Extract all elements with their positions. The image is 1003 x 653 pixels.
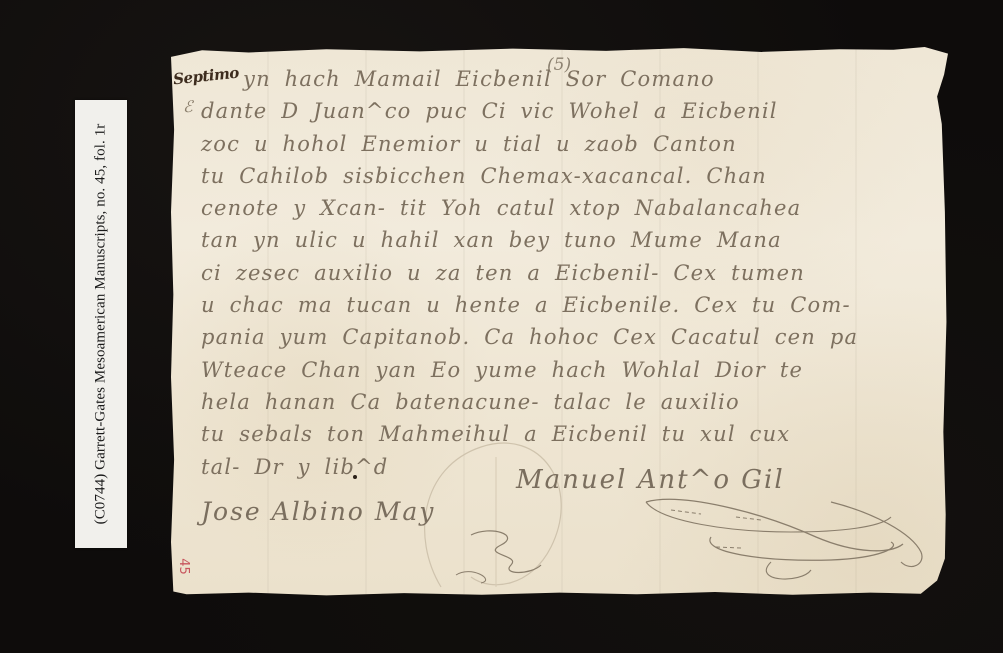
catalog-label-text: (C0744) Garrett-Gates Mesoamerican Manus…: [93, 124, 110, 525]
manuscript-page: (5) Septimo ℰ yn hach Mamail Eicbenil So…: [171, 47, 948, 597]
text-line: tu Cahilob sisbicchen Chemax-xacancal. C…: [201, 160, 946, 192]
text-line: tan yn ulic u hahil xan bey tuno Mume Ma…: [201, 224, 946, 256]
manuscript-text: yn hach Mamail Eicbenil Sor Comano dante…: [201, 63, 946, 483]
catalog-label: (C0744) Garrett-Gates Mesoamerican Manus…: [75, 100, 127, 548]
text-line: cenote y Xcan- tit Yoh catul xtop Nabala…: [201, 192, 946, 224]
signature-flourish-icon: [451, 525, 561, 585]
text-line: ci zesec auxilio u za ten a Eicbenil- Ce…: [201, 257, 946, 289]
text-line: tal- Dr y lib^d: [201, 451, 946, 483]
text-line: pania yum Capitanob. Ca hohoc Cex Cacatu…: [201, 321, 946, 353]
text-line: tu sebals ton Mahmeihul a Eicbenil tu xu…: [201, 418, 946, 450]
ink-blot: [353, 475, 357, 479]
margin-mark: ℰ: [183, 97, 193, 116]
text-line: dante D Juan^co puc Ci vic Wohel a Eicbe…: [201, 95, 946, 127]
signature-flourish-icon: [641, 492, 941, 582]
archive-number-mark: 45: [176, 558, 191, 575]
text-line: zoc u hohol Enemior u tial u zaob Canton: [201, 128, 946, 160]
text-line: hela hanan Ca batenacune- talac le auxil…: [201, 386, 946, 418]
text-line: u chac ma tucan u hente a Eicbenile. Cex…: [201, 289, 946, 321]
text-line: yn hach Mamail Eicbenil Sor Comano: [201, 63, 946, 95]
text-line: Wteace Chan yan Eo yume hach Wohlal Dior…: [201, 354, 946, 386]
